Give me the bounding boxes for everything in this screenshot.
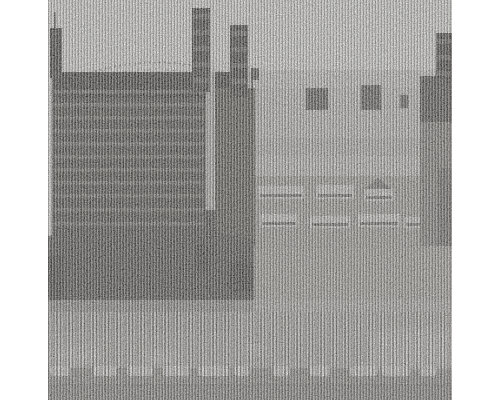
photo-rendering [48,0,452,400]
industrial-photograph [48,0,452,400]
page [0,0,500,400]
grain-light-overlay [48,0,452,400]
